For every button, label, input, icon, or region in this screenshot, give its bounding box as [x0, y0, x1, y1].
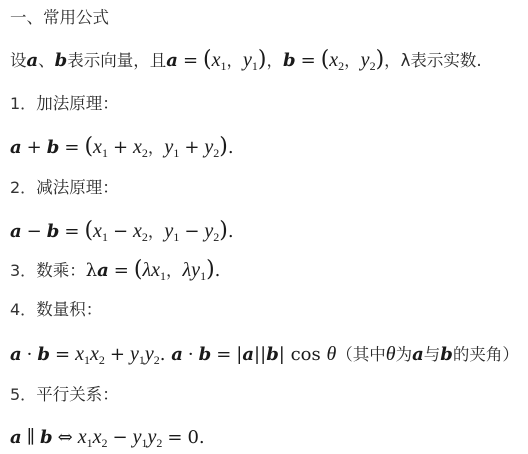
intro-line: 设a、b表示向量，且a=(x1，y1)，b=(x2，y2)，λ表示实数.: [10, 48, 482, 78]
parallel-formula: a∥b⇔x1x2−y1y2=0.: [10, 425, 205, 454]
dot-product-formula: a·b=x1x2+y1y2. a·b=|a||b| cos θ（其中θ为a与b的…: [10, 342, 519, 372]
addition-formula: a+b=(x1+x2，y1+y2).: [10, 135, 234, 165]
item-4-heading: 4．数量积：: [10, 298, 102, 322]
item-1-heading: 1．加法原理：: [10, 92, 119, 116]
item-2-heading: 2．减法原理：: [10, 176, 119, 200]
section-title: 一、常用公式: [10, 6, 109, 30]
item-5-heading: 5．平行关系：: [10, 383, 119, 407]
subtraction-formula: a−b=(x1−x2，y1−y2).: [10, 219, 234, 249]
item-3-scalar: 3．数乘：λa=(λx1，λy1).: [10, 258, 220, 288]
